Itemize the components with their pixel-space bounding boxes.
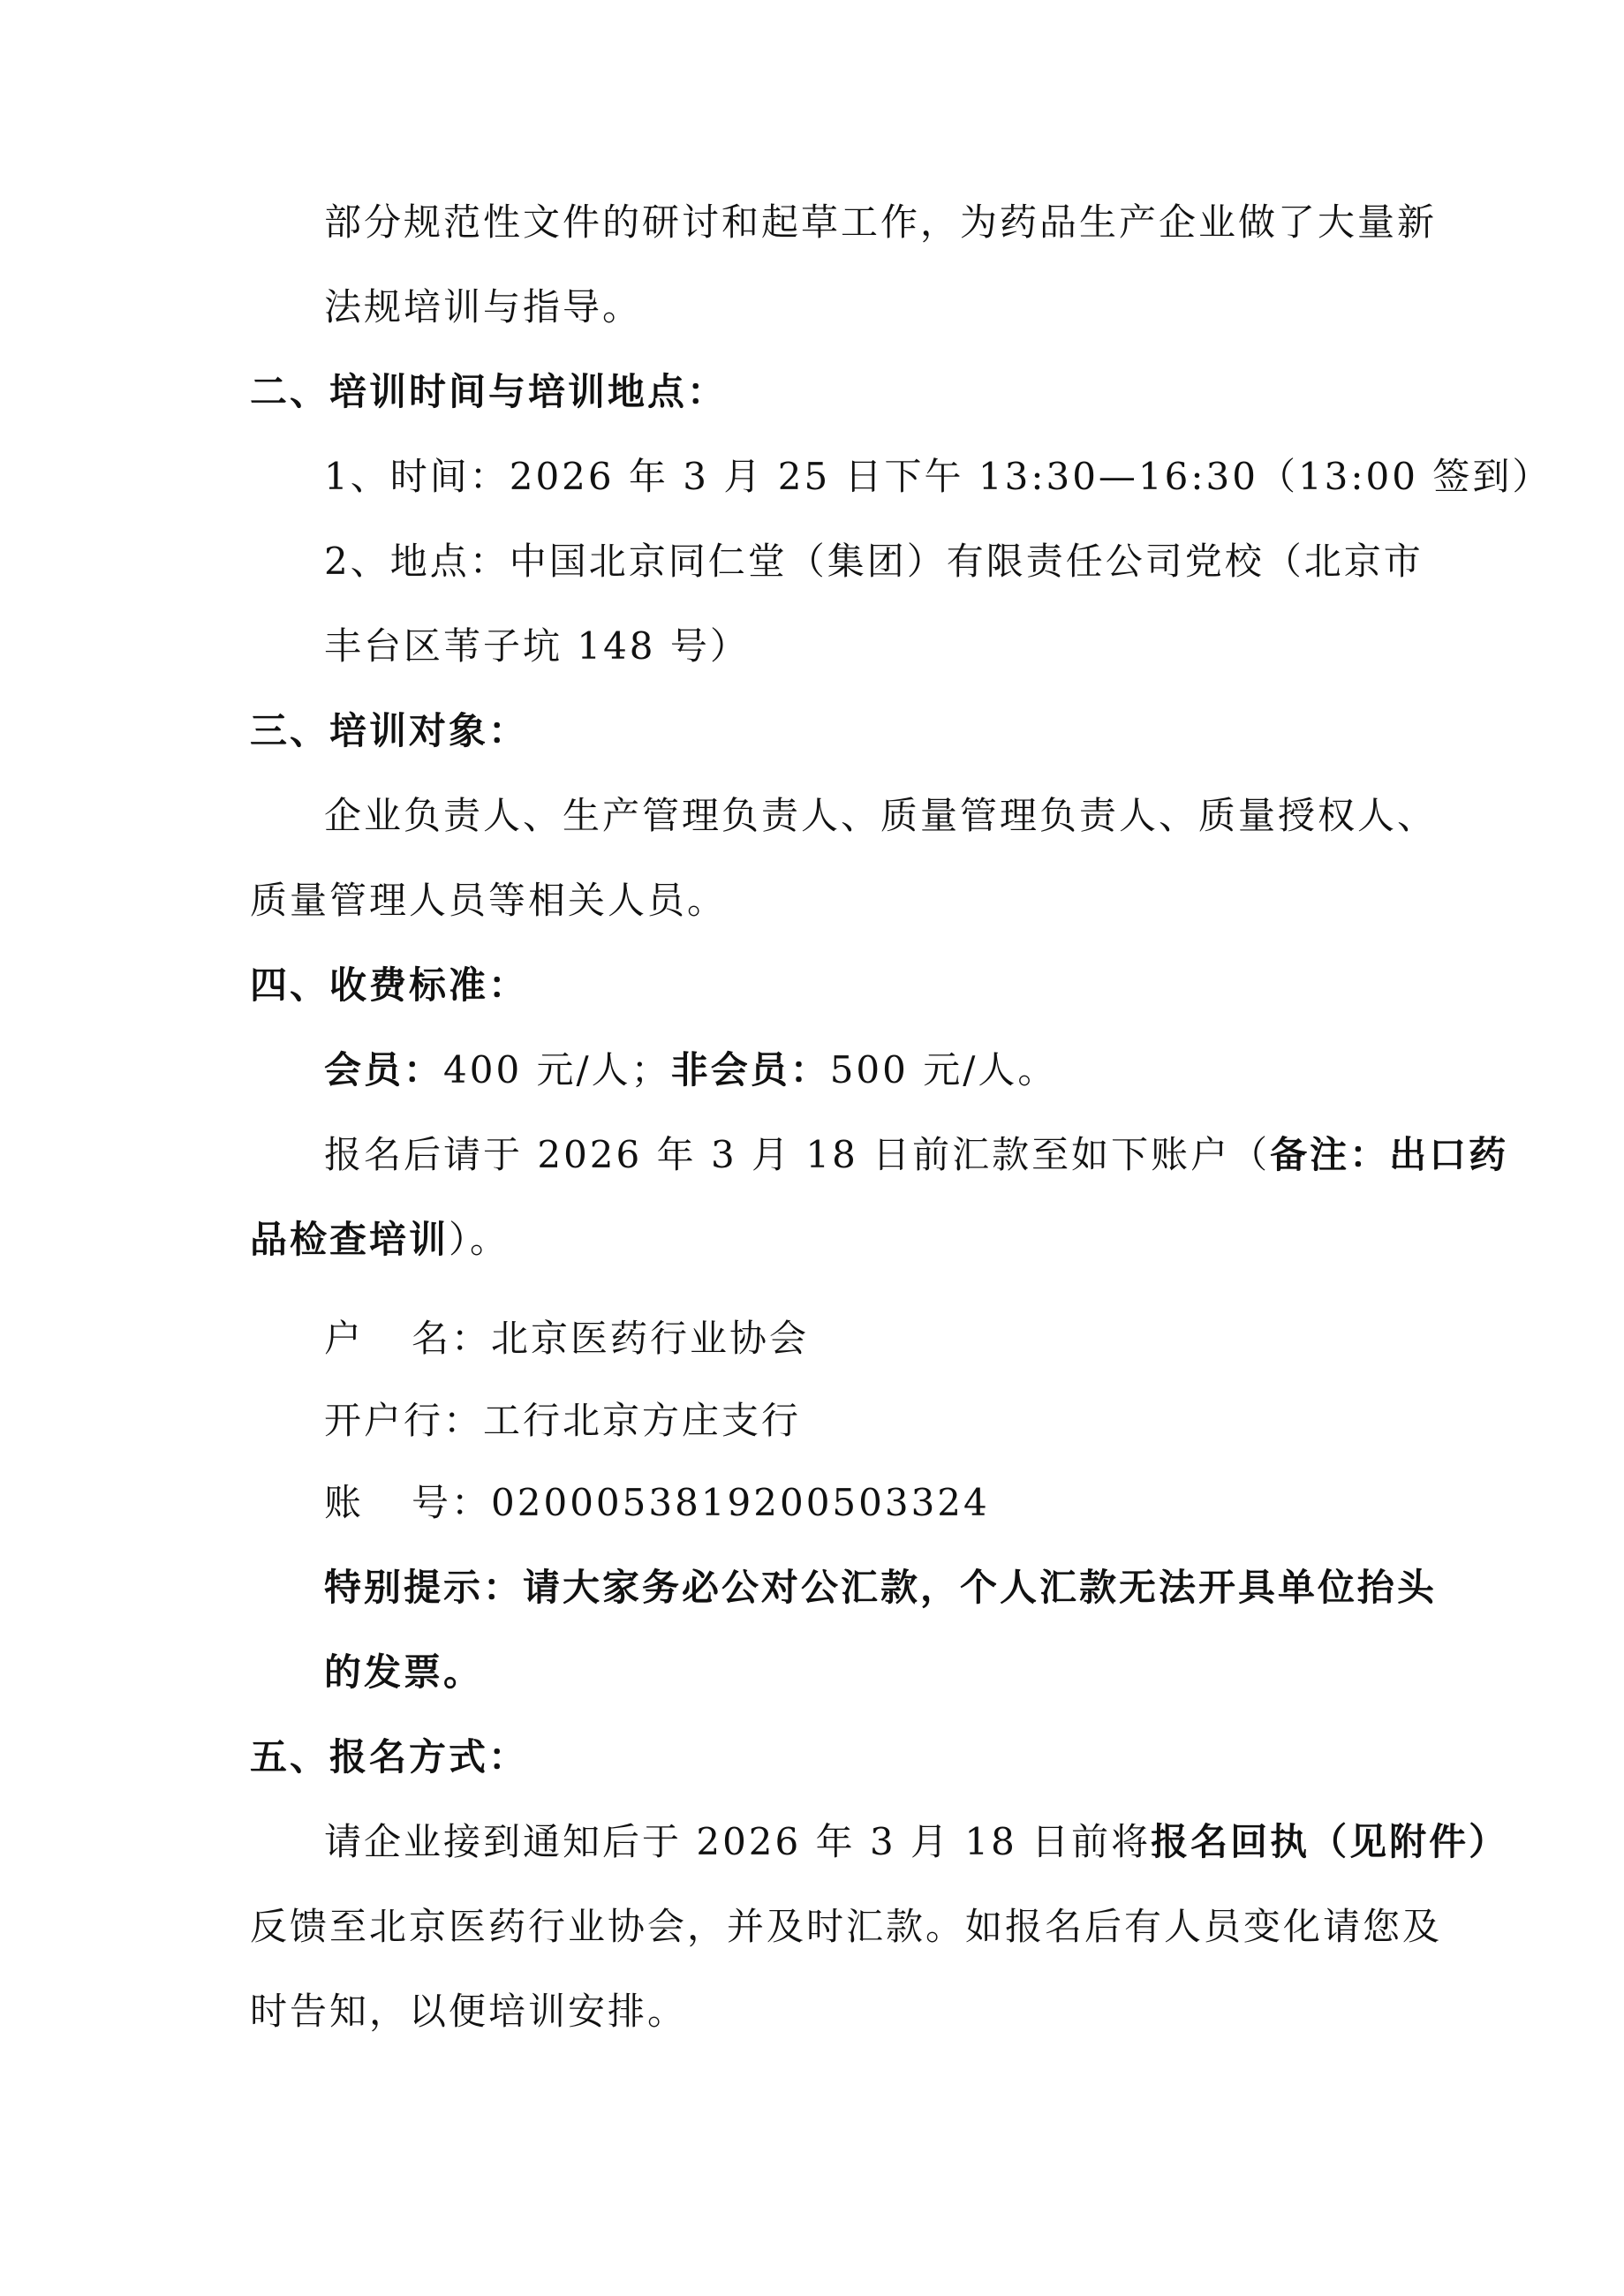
bank-row: 开户行：工行北京方庄支行 <box>324 1398 801 1444</box>
payment-note-line-2: 品检查培训）。 <box>250 1217 510 1263</box>
training-location-line-2: 丰台区苇子坑 148 号） <box>324 623 750 669</box>
payment-remark-bold-continued: 品检查培训 <box>250 1218 449 1261</box>
training-location-line-1: 2、地点：中国北京同仁堂（集团）有限责任公司党校（北京市 <box>324 539 1424 585</box>
registration-receipt-bold: 报名回执（见附件） <box>1151 1820 1508 1863</box>
document-page: 部分规范性文件的研讨和起草工作，为药品生产企业做了大量新 法规培训与指导。 二、… <box>0 0 1624 2296</box>
nonmember-fee-label: 非会员： <box>671 1048 830 1091</box>
payment-note-prefix: 报名后请于 2026 年 3 月 18 日前汇款至如下账户（ <box>324 1133 1270 1176</box>
section-3-heading: 三、培训对象： <box>250 708 528 754</box>
account-name-label-1: 户 <box>324 1317 364 1360</box>
intro-paragraph-line-2: 法规培训与指导。 <box>324 284 642 330</box>
audience-line-1: 企业负责人、生产管理负责人、质量管理负责人、质量授权人、 <box>324 793 1437 839</box>
payment-note-line-1: 报名后请于 2026 年 3 月 18 日前汇款至如下账户（备注：出口药 <box>324 1132 1508 1178</box>
account-number-row: 账号：0200053819200503324 <box>324 1480 990 1526</box>
account-number-value: 0200053819200503324 <box>491 1481 990 1524</box>
section-4-heading: 四、收费标准： <box>250 963 528 1008</box>
account-name-label-2: 名： <box>412 1317 491 1360</box>
audience-line-2: 质量管理人员等相关人员。 <box>250 878 727 924</box>
account-number-label-1: 账 <box>324 1481 364 1524</box>
payment-note-suffix: ）。 <box>449 1218 510 1261</box>
bank-value: 工行北京方庄支行 <box>483 1399 801 1442</box>
registration-line-3: 时告知，以便培训安排。 <box>250 1989 687 2035</box>
member-fee-label: 会员： <box>324 1048 443 1091</box>
account-name-row: 户名：北京医药行业协会 <box>324 1316 809 1362</box>
training-time: 1、时间：2026 年 3 月 25 日下午 13:30—16:30（13:00… <box>324 454 1552 500</box>
bank-label: 开户行： <box>324 1399 483 1442</box>
section-2-heading: 二、培训时间与培训地点： <box>250 369 727 415</box>
special-notice-line-2: 的发票。 <box>324 1650 483 1696</box>
member-fee-value: 400 元/人； <box>443 1048 671 1091</box>
fee-standard-line: 会员：400 元/人；非会员：500 元/人。 <box>324 1047 1057 1093</box>
account-number-label-2: 号： <box>412 1481 491 1524</box>
intro-paragraph-line-1: 部分规范性文件的研讨和起草工作，为药品生产企业做了大量新 <box>324 200 1437 245</box>
special-notice-line-1: 特别提示：请大家务必公对公汇款，个人汇款无法开具单位抬头 <box>324 1565 1437 1611</box>
nonmember-fee-value: 500 元/人。 <box>830 1048 1058 1091</box>
registration-line-2: 反馈至北京医药行业协会，并及时汇款。如报名后有人员变化请您及 <box>250 1904 1442 1950</box>
account-name-value: 北京医药行业协会 <box>491 1317 809 1360</box>
registration-prefix: 请企业接到通知后于 2026 年 3 月 18 日前将 <box>324 1820 1151 1863</box>
registration-line-1: 请企业接到通知后于 2026 年 3 月 18 日前将报名回执（见附件） <box>324 1819 1508 1865</box>
payment-remark-bold: 备注：出口药 <box>1270 1133 1508 1176</box>
section-5-heading: 五、报名方式： <box>250 1734 528 1780</box>
